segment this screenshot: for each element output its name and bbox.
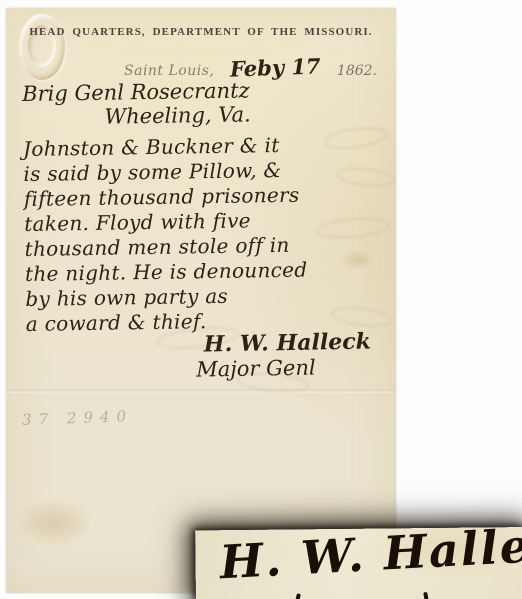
handwritten-line: fifteen thousand prisoners: [24, 183, 307, 212]
address-line-2: Wheeling, Va.: [104, 102, 305, 129]
ink-bleedthrough: [330, 304, 394, 329]
dateline-place: Saint Louis,: [124, 63, 214, 79]
body-lines: Johnston & Buckner & itis said by some P…: [23, 133, 309, 337]
dateline: Saint Louis, Feby 17 1862.: [124, 55, 377, 80]
embossed-seal-icon: [19, 14, 65, 80]
letter-sheet: HEAD QUARTERS, DEPARTMENT OF THE MISSOUR…: [6, 8, 396, 593]
signature-magnified-inset: H. W. Halleck: [195, 527, 522, 599]
pencil-notation: 37 2940: [22, 407, 134, 429]
ink-bleedthrough: [335, 165, 396, 189]
ink-bleedthrough: [323, 124, 389, 153]
ink-stroke-tip: [423, 592, 429, 599]
vertical-fold-crease: [182, 8, 184, 123]
scanned-letter-photo: HEAD QUARTERS, DEPARTMENT OF THE MISSOUR…: [0, 0, 522, 599]
dateline-year: 1862.: [337, 63, 377, 79]
ink-stroke-tip: [295, 593, 301, 599]
ink-bleedthrough: [315, 215, 390, 241]
letterhead-title: HEAD QUARTERS, DEPARTMENT OF THE MISSOUR…: [6, 26, 396, 38]
manuscript-block: Brig Genl Rosecrantz Wheeling, Va. Johns…: [22, 78, 308, 337]
handwritten-line: the night. He is denounced: [25, 258, 308, 287]
horizontal-fold-crease: [6, 389, 396, 393]
